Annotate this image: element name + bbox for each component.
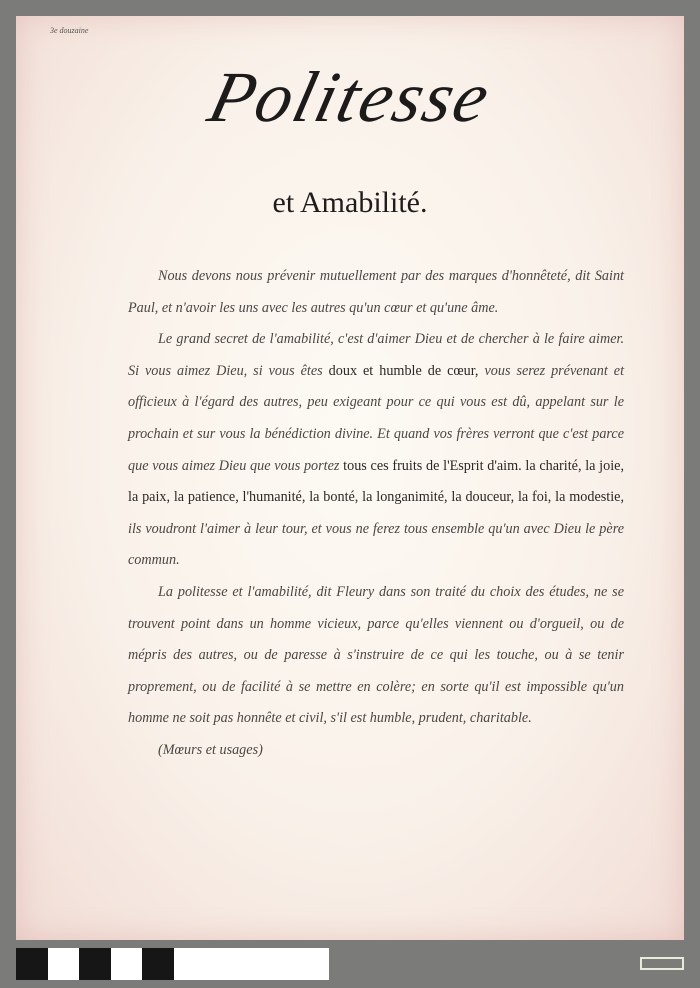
- ruler-mark: [640, 957, 684, 970]
- scale-black-1: [16, 948, 48, 980]
- scale-white-3: [174, 948, 329, 980]
- scale-white-1: [48, 948, 79, 980]
- scale-white-2: [111, 948, 142, 980]
- page-title: Politesse: [6, 56, 695, 139]
- color-calibration-scale: [16, 948, 329, 980]
- paragraph-4: (Mœurs et usages): [128, 735, 624, 767]
- page-tag: 3e douzaine: [50, 26, 88, 35]
- paragraph-2-part-3: ils voudront l'aimer à leur tour, et vou…: [128, 521, 624, 569]
- scale-black-3: [142, 948, 174, 980]
- manuscript-page: 3e douzaine Politesse et Amabilité. Nous…: [16, 16, 684, 940]
- scale-black-2: [79, 948, 111, 980]
- paragraph-2-ronde-1: doux et humble de cœur,: [329, 363, 479, 379]
- paragraph-3: La politesse et l'amabilité, dit Fleury …: [128, 577, 624, 735]
- page-subtitle: et Amabilité.: [16, 186, 684, 220]
- paragraph-2: Le grand secret de l'amabilité, c'est d'…: [128, 324, 624, 577]
- body-text: Nous devons nous prévenir mutuellement p…: [128, 261, 624, 767]
- paragraph-1: Nous devons nous prévenir mutuellement p…: [128, 261, 624, 324]
